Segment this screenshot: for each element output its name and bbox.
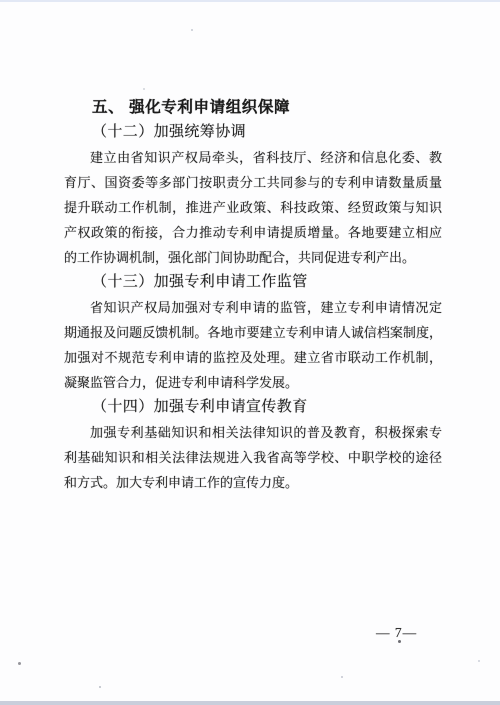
subsection-heading: （十二）加强统筹协调 bbox=[64, 120, 442, 145]
body-line: 提升联动工作机制，推进产业政策、科技政策、经贸政策与知识 bbox=[64, 195, 442, 220]
body-line: 省知识产权局加强对专利申请的监管，建立专利申请情况定 bbox=[64, 295, 442, 320]
body-line: 和方式。加大专利申请工作的宣传力度。 bbox=[64, 470, 442, 495]
subsection-heading: （十四）加强专利申请宣传教育 bbox=[64, 395, 442, 420]
body-line: 加强专利基础知识和相关法律知识的普及教育，积极探索专 bbox=[64, 420, 442, 445]
scan-speck bbox=[191, 29, 193, 31]
scan-speck bbox=[341, 676, 343, 678]
scan-edge-top bbox=[0, 0, 500, 2]
page-number: — 7— bbox=[376, 625, 417, 641]
body-line: 的工作协调机制，强化部门间协助配合，共同促进专利产出。 bbox=[64, 245, 442, 270]
body-line: 产权政策的衔接，合力推动专利申请提质增量。各地要建立相应 bbox=[64, 220, 442, 245]
body-line: 育厅、国资委等多部门按职责分工共同参与的专利申请数量质量 bbox=[64, 170, 442, 195]
scan-speck bbox=[478, 660, 480, 662]
document-body: 五、 强化专利申请组织保障 （十二）加强统筹协调 建立由省知识产权局牵头，省科技… bbox=[64, 95, 442, 495]
subsection-13: （十三）加强专利申请工作监管 省知识产权局加强对专利申请的监管，建立专利申请情况… bbox=[64, 270, 442, 395]
scan-speck bbox=[18, 662, 21, 665]
body-line: 期通报及问题反馈机制。各地市要建立专利申请人诚信档案制度， bbox=[64, 320, 442, 345]
section-heading: 五、 强化专利申请组织保障 bbox=[64, 95, 442, 120]
body-line: 加强对不规范专利申请的监控及处理。建立省市联动工作机制， bbox=[64, 345, 442, 370]
subsection-14: （十四）加强专利申请宣传教育 加强专利基础知识和相关法律知识的普及教育，积极探索… bbox=[64, 395, 442, 495]
scan-speck bbox=[143, 88, 145, 90]
scan-speck bbox=[398, 640, 401, 643]
body-line: 凝聚监管合力，促进专利申请科学发展。 bbox=[64, 370, 442, 395]
subsection-heading: （十三）加强专利申请工作监管 bbox=[64, 270, 442, 295]
body-line: 建立由省知识产权局牵头，省科技厅、经济和信息化委、教 bbox=[64, 145, 442, 170]
body-line: 利基础知识和相关法律法规进入我省高等学校、中职学校的途径 bbox=[64, 445, 442, 470]
scan-speck bbox=[99, 686, 101, 688]
document-page: 五、 强化专利申请组织保障 （十二）加强统筹协调 建立由省知识产权局牵头，省科技… bbox=[0, 0, 500, 705]
scan-edge-bottom bbox=[0, 701, 500, 705]
subsection-12: （十二）加强统筹协调 建立由省知识产权局牵头，省科技厅、经济和信息化委、教 育厅… bbox=[64, 120, 442, 270]
